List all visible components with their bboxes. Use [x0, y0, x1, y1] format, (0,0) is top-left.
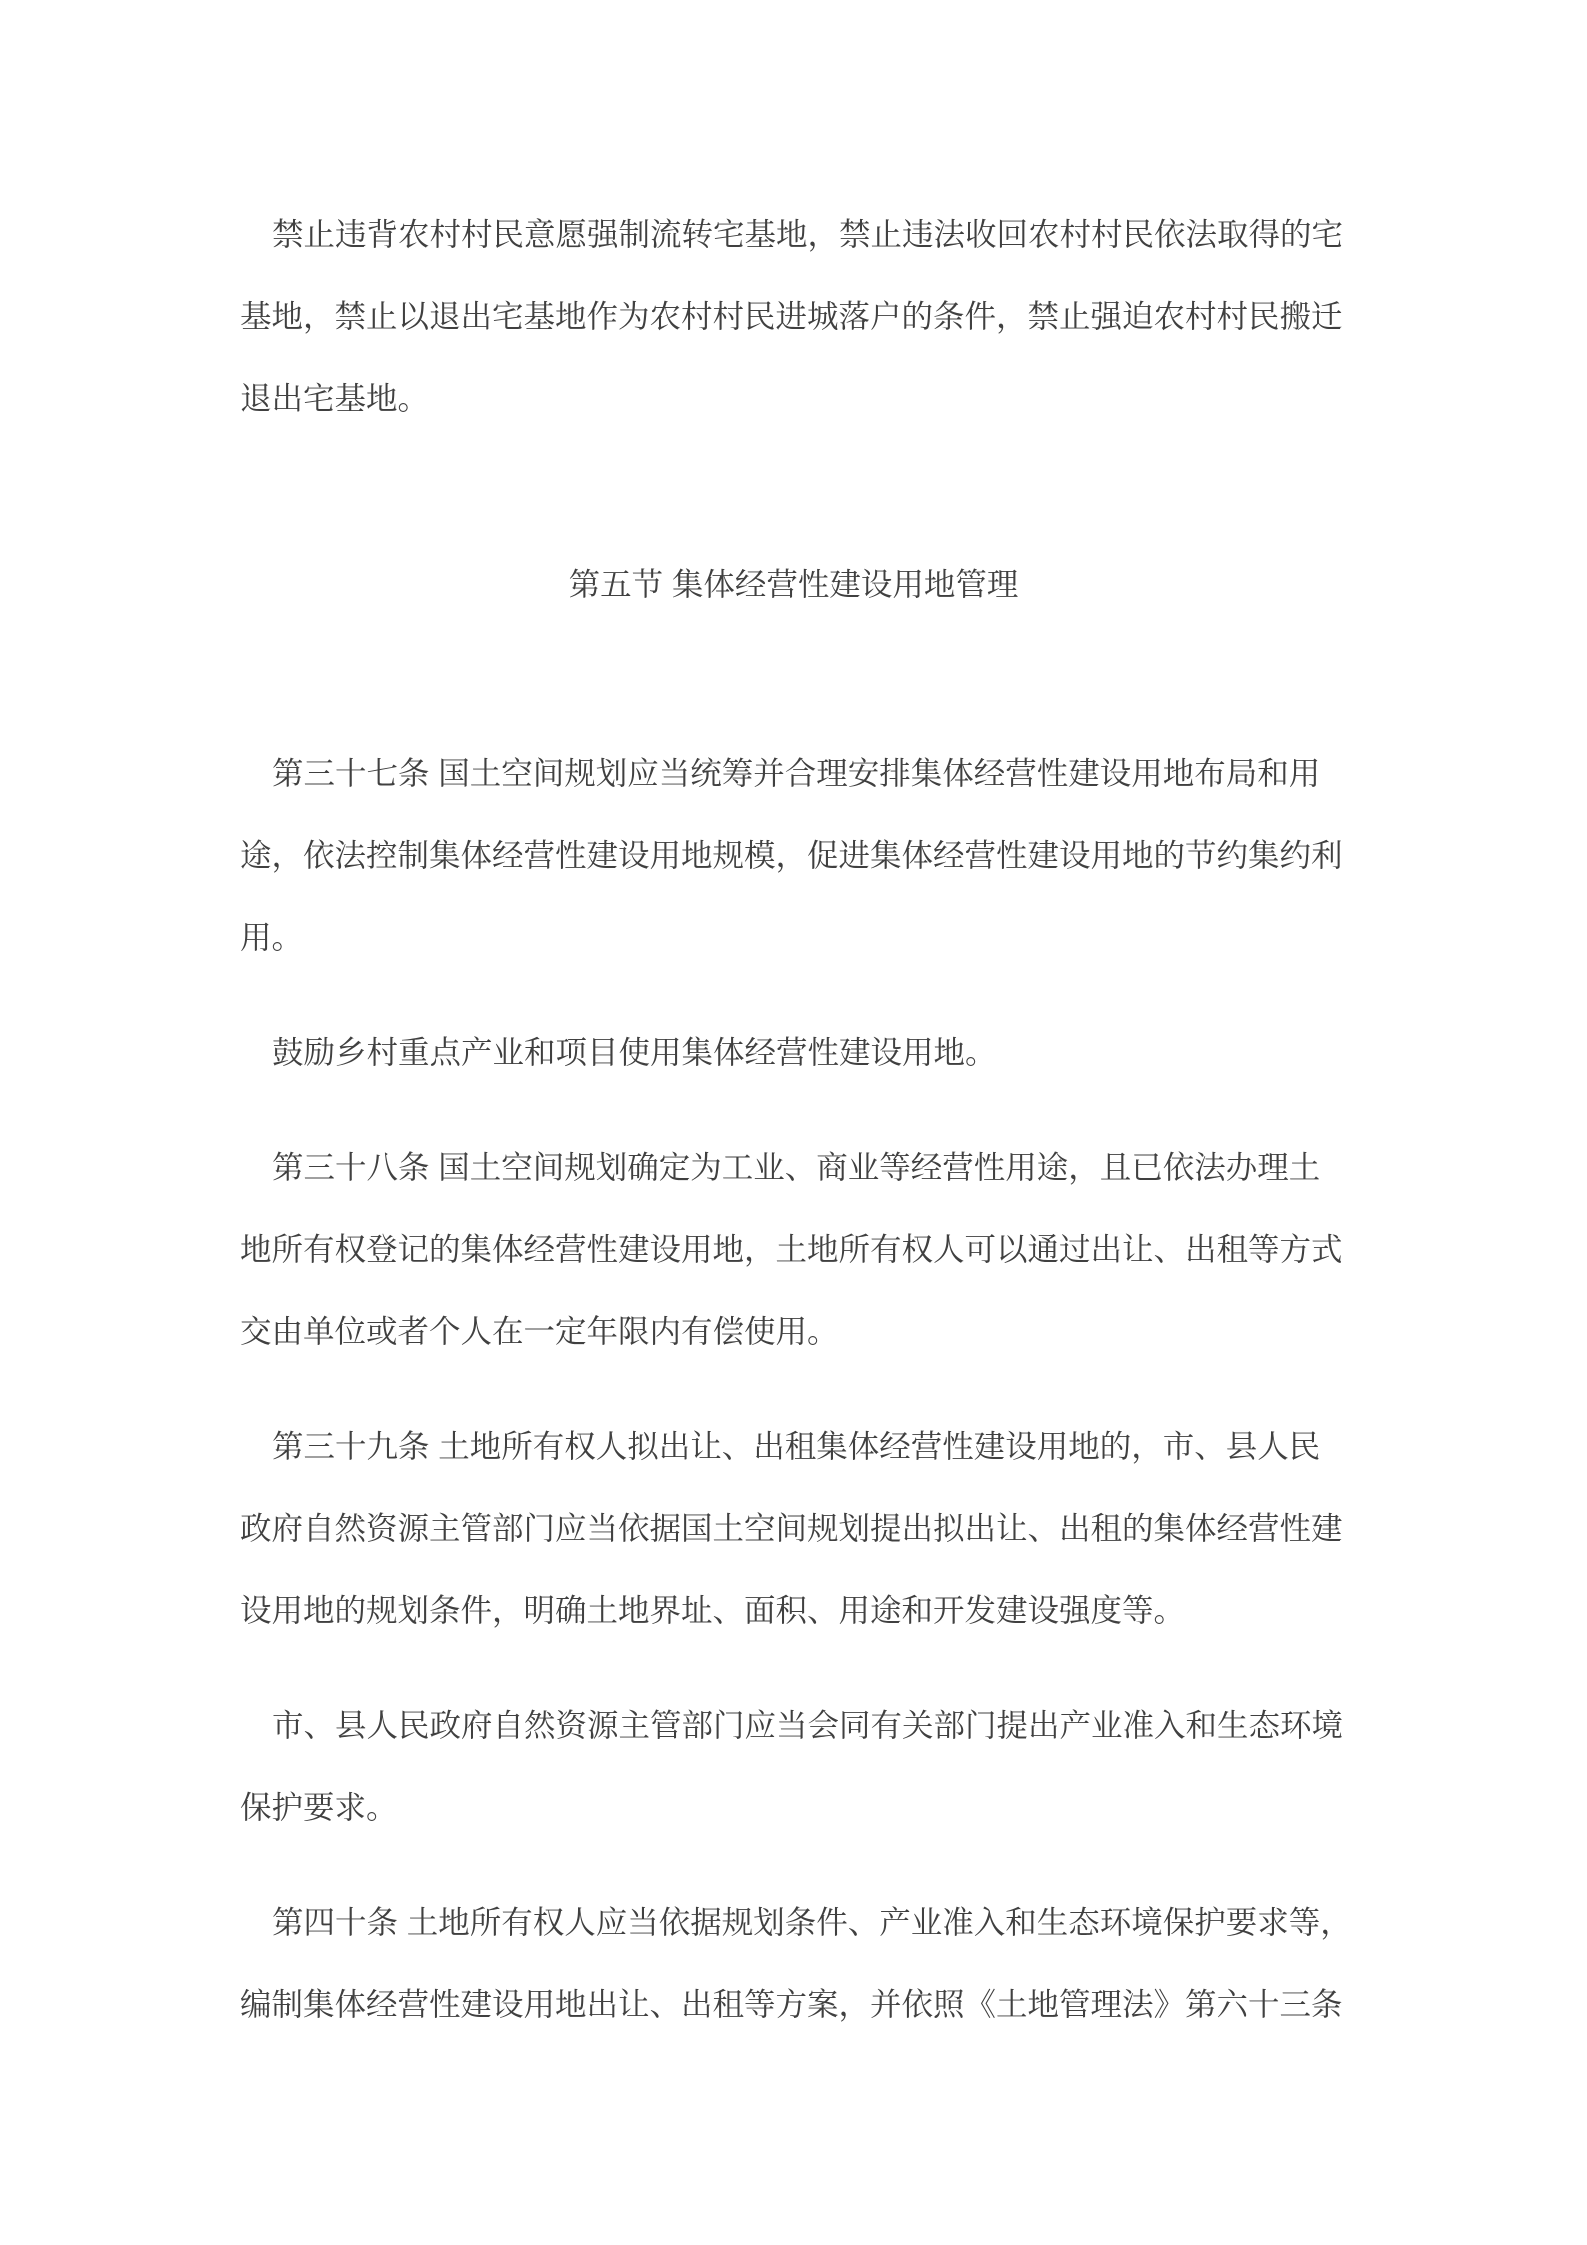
text-line: 用。	[240, 896, 1347, 978]
section-title: 第五节 集体经营性建设用地管理	[240, 543, 1347, 625]
text-line: 市、县人民政府自然资源主管部门应当会同有关部门提出产业准入和生态环境	[240, 1684, 1347, 1766]
paragraph: 市、县人民政府自然资源主管部门应当会同有关部门提出产业准入和生态环境保护要求。	[240, 1684, 1347, 1848]
text-line: 第三十九条 土地所有权人拟出让、出租集体经营性建设用地的，市、县人民	[240, 1405, 1347, 1487]
document-page: 禁止违背农村村民意愿强制流转宅基地，禁止违法收回农村村民依法取得的宅基地，禁止以…	[0, 0, 1587, 2245]
text-line: 设用地的规划条件，明确土地界址、面积、用途和开发建设强度等。	[240, 1569, 1347, 1651]
text-line: 地所有权登记的集体经营性建设用地，土地所有权人可以通过出让、出租等方式	[240, 1208, 1347, 1290]
text-line: 第三十七条 国土空间规划应当统筹并合理安排集体经营性建设用地布局和用	[240, 732, 1347, 814]
section-title-text: 第五节 集体经营性建设用地管理	[240, 543, 1347, 625]
paragraph: 鼓励乡村重点产业和项目使用集体经营性建设用地。	[240, 1011, 1347, 1093]
text-line: 途，依法控制集体经营性建设用地规模，促进集体经营性建设用地的节约集约利	[240, 814, 1347, 896]
text-line: 第三十八条 国土空间规划确定为工业、商业等经营性用途，且已依法办理土	[240, 1126, 1347, 1208]
text-line: 保护要求。	[240, 1766, 1347, 1848]
text-line: 政府自然资源主管部门应当依据国土空间规划提出拟出让、出租的集体经营性建	[240, 1487, 1347, 1569]
text-line: 退出宅基地。	[240, 357, 1347, 439]
text-line: 基地，禁止以退出宅基地作为农村村民进城落户的条件，禁止强迫农村村民搬迁	[240, 275, 1347, 357]
text-line: 鼓励乡村重点产业和项目使用集体经营性建设用地。	[240, 1011, 1347, 1093]
paragraph: 第三十九条 土地所有权人拟出让、出租集体经营性建设用地的，市、县人民政府自然资源…	[240, 1405, 1347, 1651]
text-line: 交由单位或者个人在一定年限内有偿使用。	[240, 1290, 1347, 1372]
paragraph: 第三十七条 国土空间规划应当统筹并合理安排集体经营性建设用地布局和用途，依法控制…	[240, 732, 1347, 978]
text-line: 第四十条 土地所有权人应当依据规划条件、产业准入和生态环境保护要求等，	[240, 1881, 1347, 1963]
paragraph: 第四十条 土地所有权人应当依据规划条件、产业准入和生态环境保护要求等，编制集体经…	[240, 1881, 1347, 2045]
text-line: 编制集体经营性建设用地出让、出租等方案，并依照《土地管理法》第六十三条	[240, 1963, 1347, 2045]
paragraph: 禁止违背农村村民意愿强制流转宅基地，禁止违法收回农村村民依法取得的宅基地，禁止以…	[240, 193, 1347, 439]
paragraph: 第三十八条 国土空间规划确定为工业、商业等经营性用途，且已依法办理土地所有权登记…	[240, 1126, 1347, 1372]
text-line: 禁止违背农村村民意愿强制流转宅基地，禁止违法收回农村村民依法取得的宅	[240, 193, 1347, 275]
